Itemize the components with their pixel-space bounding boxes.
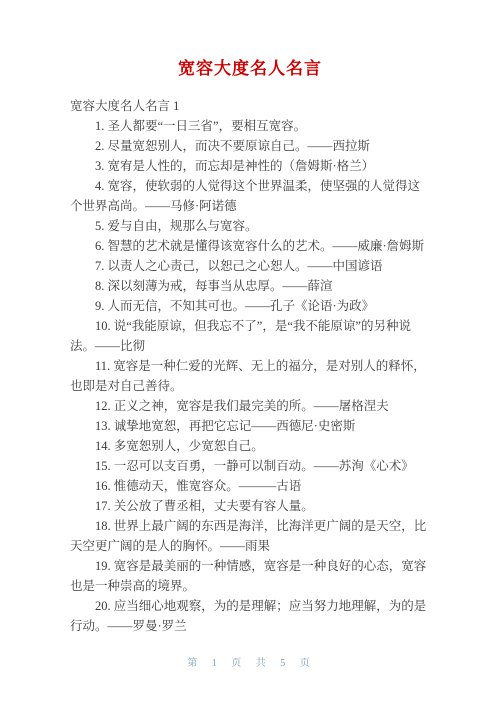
quote-line: 11. 宽容是一种仁爱的光辉、无上的福分，是对别人的释怀，也即是对自己善待。 [70, 356, 430, 396]
document-title: 宽容大度名人名言 [70, 58, 430, 80]
quote-line: 10. 说“我能原谅，但我忘不了”，是“我不能原谅”的另种说法。——比彻 [70, 316, 430, 356]
quote-line: 3. 宽宥是人性的，而忘却是神性的（詹姆斯·格兰） [70, 156, 430, 176]
quote-line: 15. 一忍可以支百勇，一静可以制百动。——苏洵《心术》 [70, 456, 430, 476]
quote-line: 17. 关公放了曹丞相，丈夫要有容人量。 [70, 496, 430, 516]
quote-line: 16. 惟德动天，惟宽容众。———古语 [70, 476, 430, 496]
quote-line: 12. 正义之神，宽容是我们最完美的所。——屠格涅夫 [70, 396, 430, 416]
quote-list: 1. 圣人都要“一日三省”，要相互宽容。 2. 尽量宽恕别人，而决不要原谅自己。… [70, 116, 430, 636]
quote-line: 20. 应当细心地观察，为的是理解；应当努力地理解，为的是行动。——罗曼·罗兰 [70, 596, 430, 636]
quote-line: 6. 智慧的艺术就是懂得该宽容什么的艺术。——威廉·詹姆斯 [70, 236, 430, 256]
quote-line: 13. 诚挚地宽恕，再把它忘记——西德尼·史密斯 [70, 416, 430, 436]
quote-line: 14. 多宽恕别人，少宽恕自己。 [70, 436, 430, 456]
quote-line: 2. 尽量宽恕别人，而决不要原谅自己。——西拉斯 [70, 136, 430, 156]
quote-line: 1. 圣人都要“一日三省”，要相互宽容。 [70, 116, 430, 136]
quote-line: 8. 深以刻薄为戒，每事当从忠厚。——薛渲 [70, 276, 430, 296]
quote-line: 19. 宽容是最美丽的一种情感，宽容是一种良好的心态，宽容也是一种崇高的境界。 [70, 556, 430, 596]
quote-line: 9. 人而无信，不知其可也。——孔子《论语·为政》 [70, 296, 430, 316]
document-page: 宽容大度名人名言 宽容大度名人名言 1 1. 圣人都要“一日三省”，要相互宽容。… [0, 0, 500, 707]
quote-line: 4. 宽容，使软弱的人觉得这个世界温柔，使坚强的人觉得这个世界高尚。——马修·阿… [70, 176, 430, 216]
page-indicator: 第 1 页 共 5 页 [0, 654, 500, 669]
quote-line: 7. 以责人之心责己，以恕己之心恕人。——中国谚语 [70, 256, 430, 276]
quote-line: 18. 世界上最广阔的东西是海洋，比海洋更广阔的是天空，比天空更广阔的是人的胸怀… [70, 516, 430, 556]
quote-line: 5. 爱与自由，规那么与宽容。 [70, 216, 430, 236]
document-subtitle: 宽容大度名人名言 1 [70, 96, 430, 116]
